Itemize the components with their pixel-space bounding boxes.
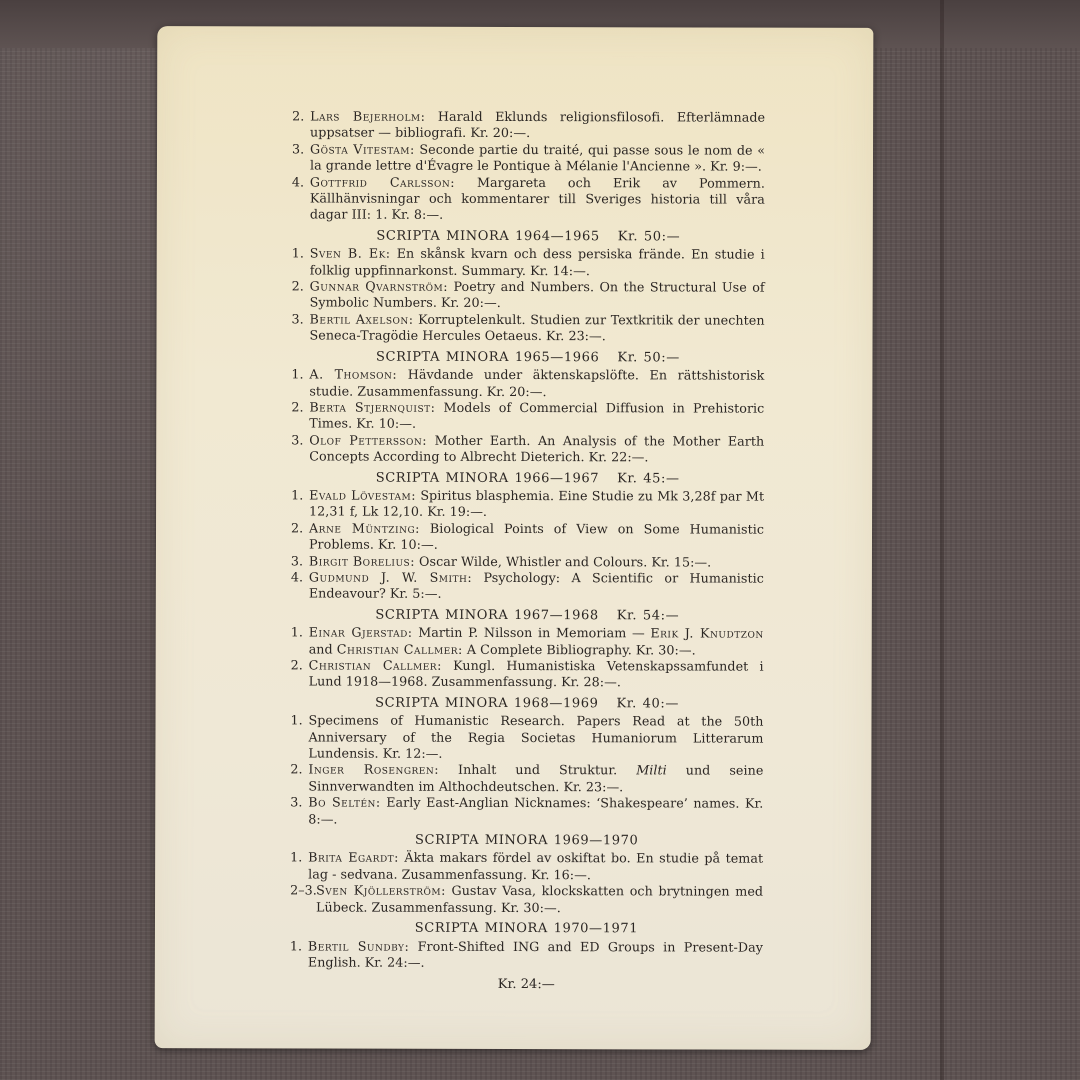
- section-price: Kr. 54:—: [617, 608, 680, 623]
- entry-number: 2.: [290, 762, 302, 778]
- list-entry: 3.Birgit Borelius: Oscar Wilde, Whistler…: [291, 553, 764, 571]
- section-title: SCRIPTA MINORA 1969—1970: [415, 833, 638, 849]
- entry-number: 4.: [292, 174, 304, 190]
- section-title: SCRIPTA MINORA 1967—1968: [375, 607, 598, 623]
- entry-title: Oscar Wilde, Whistler and Colours. Kr. 1…: [415, 553, 711, 569]
- list-entry: 4.Gudmund J. W. Smith: Psychology: A Sci…: [291, 569, 764, 603]
- entry-title: Specimens of Humanistic Research. Papers…: [308, 713, 763, 761]
- entry-number: 2.: [291, 657, 303, 673]
- entry-number: 1.: [290, 938, 302, 954]
- entry-author: Gudmund J. W. Smith:: [309, 569, 472, 584]
- entry-number: 1.: [291, 367, 303, 383]
- entry-number: 3.: [292, 141, 304, 157]
- list-entry: 1.Evald Lövestam: Spiritus blasphemia. E…: [291, 487, 764, 521]
- list-entry: 2.Christian Callmer: Kungl. Humanistiska…: [291, 657, 764, 691]
- section-title: SCRIPTA MINORA 1966—1967: [376, 470, 599, 486]
- publication-list: 2.Lars Bejerholm: Harald Eklunds religio…: [290, 108, 765, 994]
- section-price: Kr. 40:—: [616, 696, 679, 711]
- list-entry: 3.Gösta Vitestam: Seconde partie du trai…: [292, 141, 765, 175]
- entry-author: Bertil Axelson:: [310, 311, 414, 326]
- list-entry: 2.Arne Müntzing: Biological Points of Vi…: [291, 520, 764, 554]
- entry-author: Gunnar Qvarnström:: [310, 279, 448, 294]
- list-entry: 2.Lars Bejerholm: Harald Eklunds religio…: [292, 108, 765, 142]
- entry-title: A Complete Bibliography. Kr. 30:—.: [463, 641, 696, 657]
- entry-author: Birgit Borelius:: [309, 553, 415, 568]
- list-entry: 3.Bo Seltén: Early East-Anglian Nickname…: [290, 795, 763, 829]
- entry-author: Lars Bejerholm:: [310, 108, 425, 123]
- list-entry: 3.Olof Pettersson: Mother Earth. An Anal…: [291, 432, 764, 466]
- entry-author: Berta Stjernquist:: [309, 399, 435, 414]
- entry-author: Sven B. Ek:: [310, 246, 391, 261]
- entry-number: 2.: [291, 520, 303, 536]
- entry-number: 1.: [291, 625, 303, 641]
- entry-author: Christian Callmer:: [337, 641, 463, 656]
- entry-author: Olof Pettersson:: [309, 432, 427, 447]
- entry-author: Evald Lövestam:: [309, 487, 416, 502]
- entry-author: Gottfrid Carlsson:: [310, 174, 455, 189]
- list-entry: 2–3.Sven Kjöllerström: Gustav Vasa, kloc…: [290, 883, 763, 917]
- entry-author: Christian Callmer:: [309, 657, 442, 672]
- list-entry: 1.A. Thomson: Hävdande under äktenskapsl…: [291, 367, 764, 401]
- entry-author: Brita Egardt:: [308, 850, 399, 865]
- cushion-seam: [940, 0, 944, 1080]
- list-entry: 1.Einar Gjerstad: Martin P. Nilsson in M…: [291, 625, 764, 659]
- section-heading: SCRIPTA MINORA 1967—1968Kr. 54:—: [291, 607, 764, 625]
- entry-author: Erik J. Knudtzon: [650, 626, 763, 641]
- entry-number: 3.: [292, 311, 304, 327]
- entry-title: Inhalt und Struktur.: [439, 762, 636, 778]
- entry-number: 3.: [291, 553, 303, 569]
- section-heading: SCRIPTA MINORA 1966—1967Kr. 45:—: [291, 470, 764, 488]
- section-heading: SCRIPTA MINORA 1964—1965Kr. 50:—: [292, 228, 765, 246]
- entry-number: 1.: [290, 713, 302, 729]
- entry-author: Sven Kjöllerström:: [316, 883, 446, 898]
- entry-title: Martin P. Nilsson in Memoriam —: [413, 625, 651, 641]
- section-heading: SCRIPTA MINORA 1965—1966Kr. 50:—: [291, 349, 764, 367]
- entry-number: 4.: [291, 569, 303, 585]
- section-price: Kr. 50:—: [617, 350, 680, 365]
- entry-author: Bo Seltén:: [308, 795, 380, 810]
- list-entry: 1.Specimens of Humanistic Research. Pape…: [290, 713, 763, 763]
- section-title: SCRIPTA MINORA 1965—1966: [376, 349, 599, 365]
- entry-author: A. Thomson:: [309, 367, 397, 382]
- entry-author: Gösta Vitestam:: [310, 141, 415, 156]
- list-entry: 2.Inger Rosengren: Inhalt und Struktur. …: [290, 762, 763, 796]
- final-price: Kr. 24:—: [290, 977, 763, 995]
- section-title: SCRIPTA MINORA 1964—1965: [376, 228, 599, 244]
- section-heading: SCRIPTA MINORA 1968—1969Kr. 40:—: [291, 695, 764, 713]
- entry-number: 2.: [291, 399, 303, 415]
- section-heading: SCRIPTA MINORA 1969—1970: [290, 832, 763, 850]
- entry-number: 2.: [292, 108, 304, 124]
- entry-author: Bertil Sundby:: [308, 938, 409, 953]
- book-back-cover: 2.Lars Bejerholm: Harald Eklunds religio…: [155, 26, 874, 1050]
- entry-number: 3.: [290, 795, 302, 811]
- list-entry: 2.Berta Stjernquist: Models of Commercia…: [291, 399, 764, 433]
- list-entry: 1.Sven B. Ek: En skånsk kvarn och dess p…: [292, 246, 765, 280]
- entry-author: Inger Rosengren:: [308, 762, 439, 777]
- entry-title-italic: Milti: [636, 763, 667, 778]
- entry-number: 1.: [292, 246, 304, 262]
- entry-author: Arne Müntzing:: [309, 520, 420, 535]
- section-price: Kr. 45:—: [617, 471, 680, 486]
- list-entry: 1.Bertil Sundby: Front-Shifted ING and E…: [290, 938, 763, 972]
- section-title: SCRIPTA MINORA 1968—1969: [375, 695, 598, 711]
- entry-number: 1.: [290, 850, 302, 866]
- list-entry: 1.Brita Egardt: Äkta makars fördel av os…: [290, 850, 763, 884]
- entry-title: and: [309, 641, 337, 656]
- section-heading: SCRIPTA MINORA 1970—1971: [290, 921, 763, 939]
- entry-number: 3.: [291, 432, 303, 448]
- entry-author: Einar Gjerstad:: [309, 625, 413, 640]
- list-entry: 3.Bertil Axelson: Korruptelenkult. Studi…: [292, 311, 765, 345]
- list-entry: 4.Gottfrid Carlsson: Margareta och Erik …: [292, 174, 765, 224]
- section-title: SCRIPTA MINORA 1970—1971: [415, 921, 638, 937]
- entry-number: 2–3.: [290, 883, 317, 899]
- list-entry: 2.Gunnar Qvarnström: Poetry and Numbers.…: [292, 278, 765, 312]
- entry-number: 1.: [291, 487, 303, 503]
- entry-number: 2.: [292, 278, 304, 294]
- section-price: Kr. 50:—: [618, 229, 681, 244]
